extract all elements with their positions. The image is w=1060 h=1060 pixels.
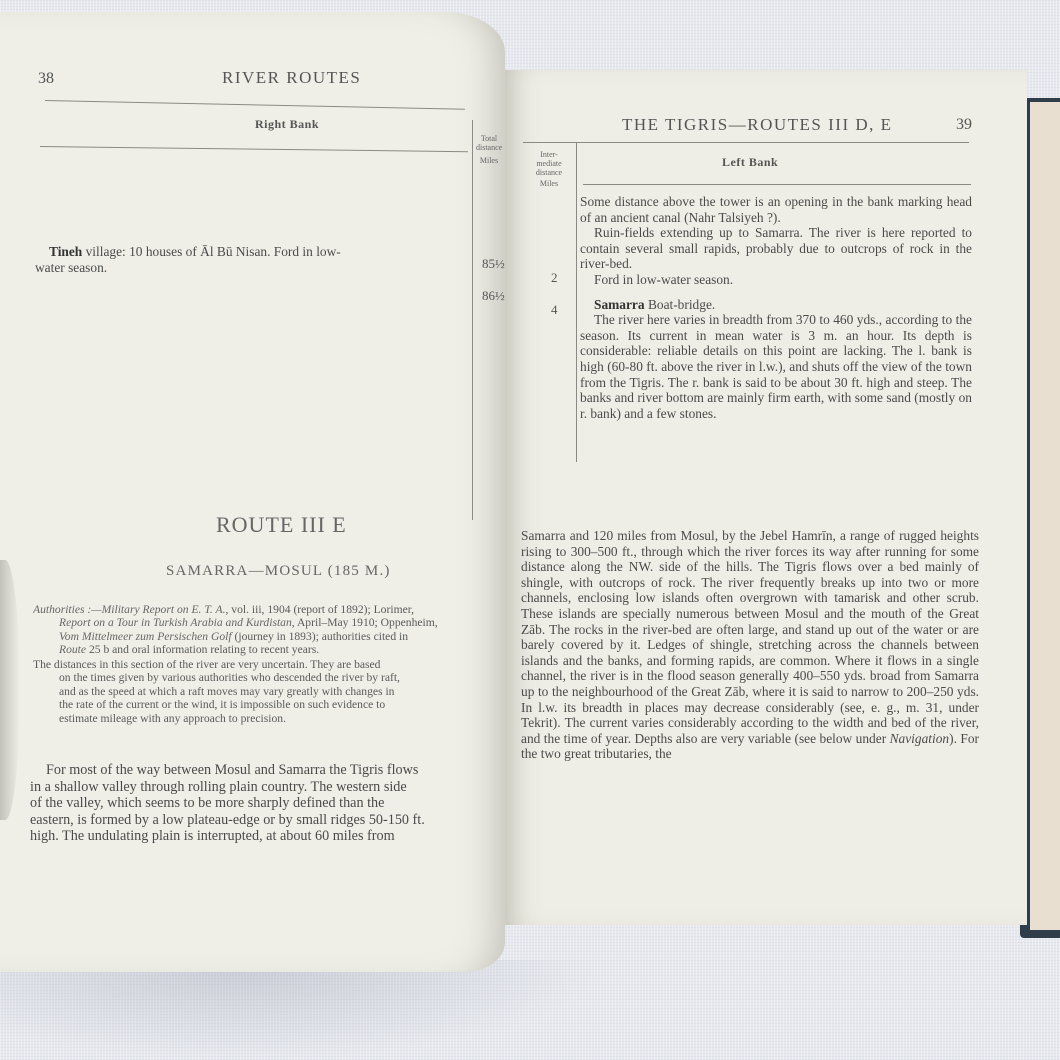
entry-ruin-fields: Ruin-fields extending up to Samarra. The…: [580, 225, 972, 272]
cloth-background-shadow: [0, 960, 600, 1060]
intermediate-distance-header: Inter- mediate distance Miles: [522, 150, 576, 188]
right-header-rule: [523, 142, 969, 143]
left-column-divider: [472, 120, 473, 520]
authorities-note: Authorities :—Military Report on E. T. A…: [33, 603, 503, 657]
tineh-entry: Tineh village: 10 houses of Āl Bū Nisan.…: [35, 244, 467, 275]
right-page-number: 39: [956, 116, 972, 134]
distance-4: 4: [551, 302, 558, 318]
left-body-paragraph: For most of the way between Mosul and Sa…: [30, 762, 505, 845]
right-body-paragraph: Samarra and 120 miles from Mosul, by the…: [521, 528, 979, 762]
entry-canal: Some distance above the tower is an open…: [580, 194, 972, 225]
right-table-header-rule: [583, 184, 971, 185]
left-bank-header: Left Bank: [722, 155, 778, 170]
right-bank-header: Right Bank: [255, 117, 319, 132]
entry-samarra-detail: The river here varies in breadth from 37…: [580, 312, 972, 421]
total-distance-85: 85½: [482, 256, 505, 272]
route-title: ROUTE III E: [216, 512, 347, 538]
entry-samarra: Samarra Boat-bridge.: [580, 297, 972, 313]
distances-note: The distances in this section of the riv…: [33, 658, 503, 725]
entry-ford: Ford in low-water season.: [580, 272, 972, 288]
left-bank-entries: Some distance above the tower is an open…: [580, 194, 972, 421]
right-running-head: THE TIGRIS—ROUTES III D, E: [622, 115, 893, 135]
left-running-head: RIVER ROUTES: [222, 68, 361, 88]
total-distance-86: 86½: [482, 288, 505, 304]
right-column-divider: [576, 142, 577, 462]
distance-2: 2: [551, 270, 558, 286]
total-distance-header: Total distance Miles: [476, 134, 502, 165]
left-page-number: 38: [38, 70, 54, 88]
book-endpaper: [1030, 102, 1060, 930]
route-subtitle: SAMARRA—MOSUL (185 M.): [166, 563, 391, 580]
